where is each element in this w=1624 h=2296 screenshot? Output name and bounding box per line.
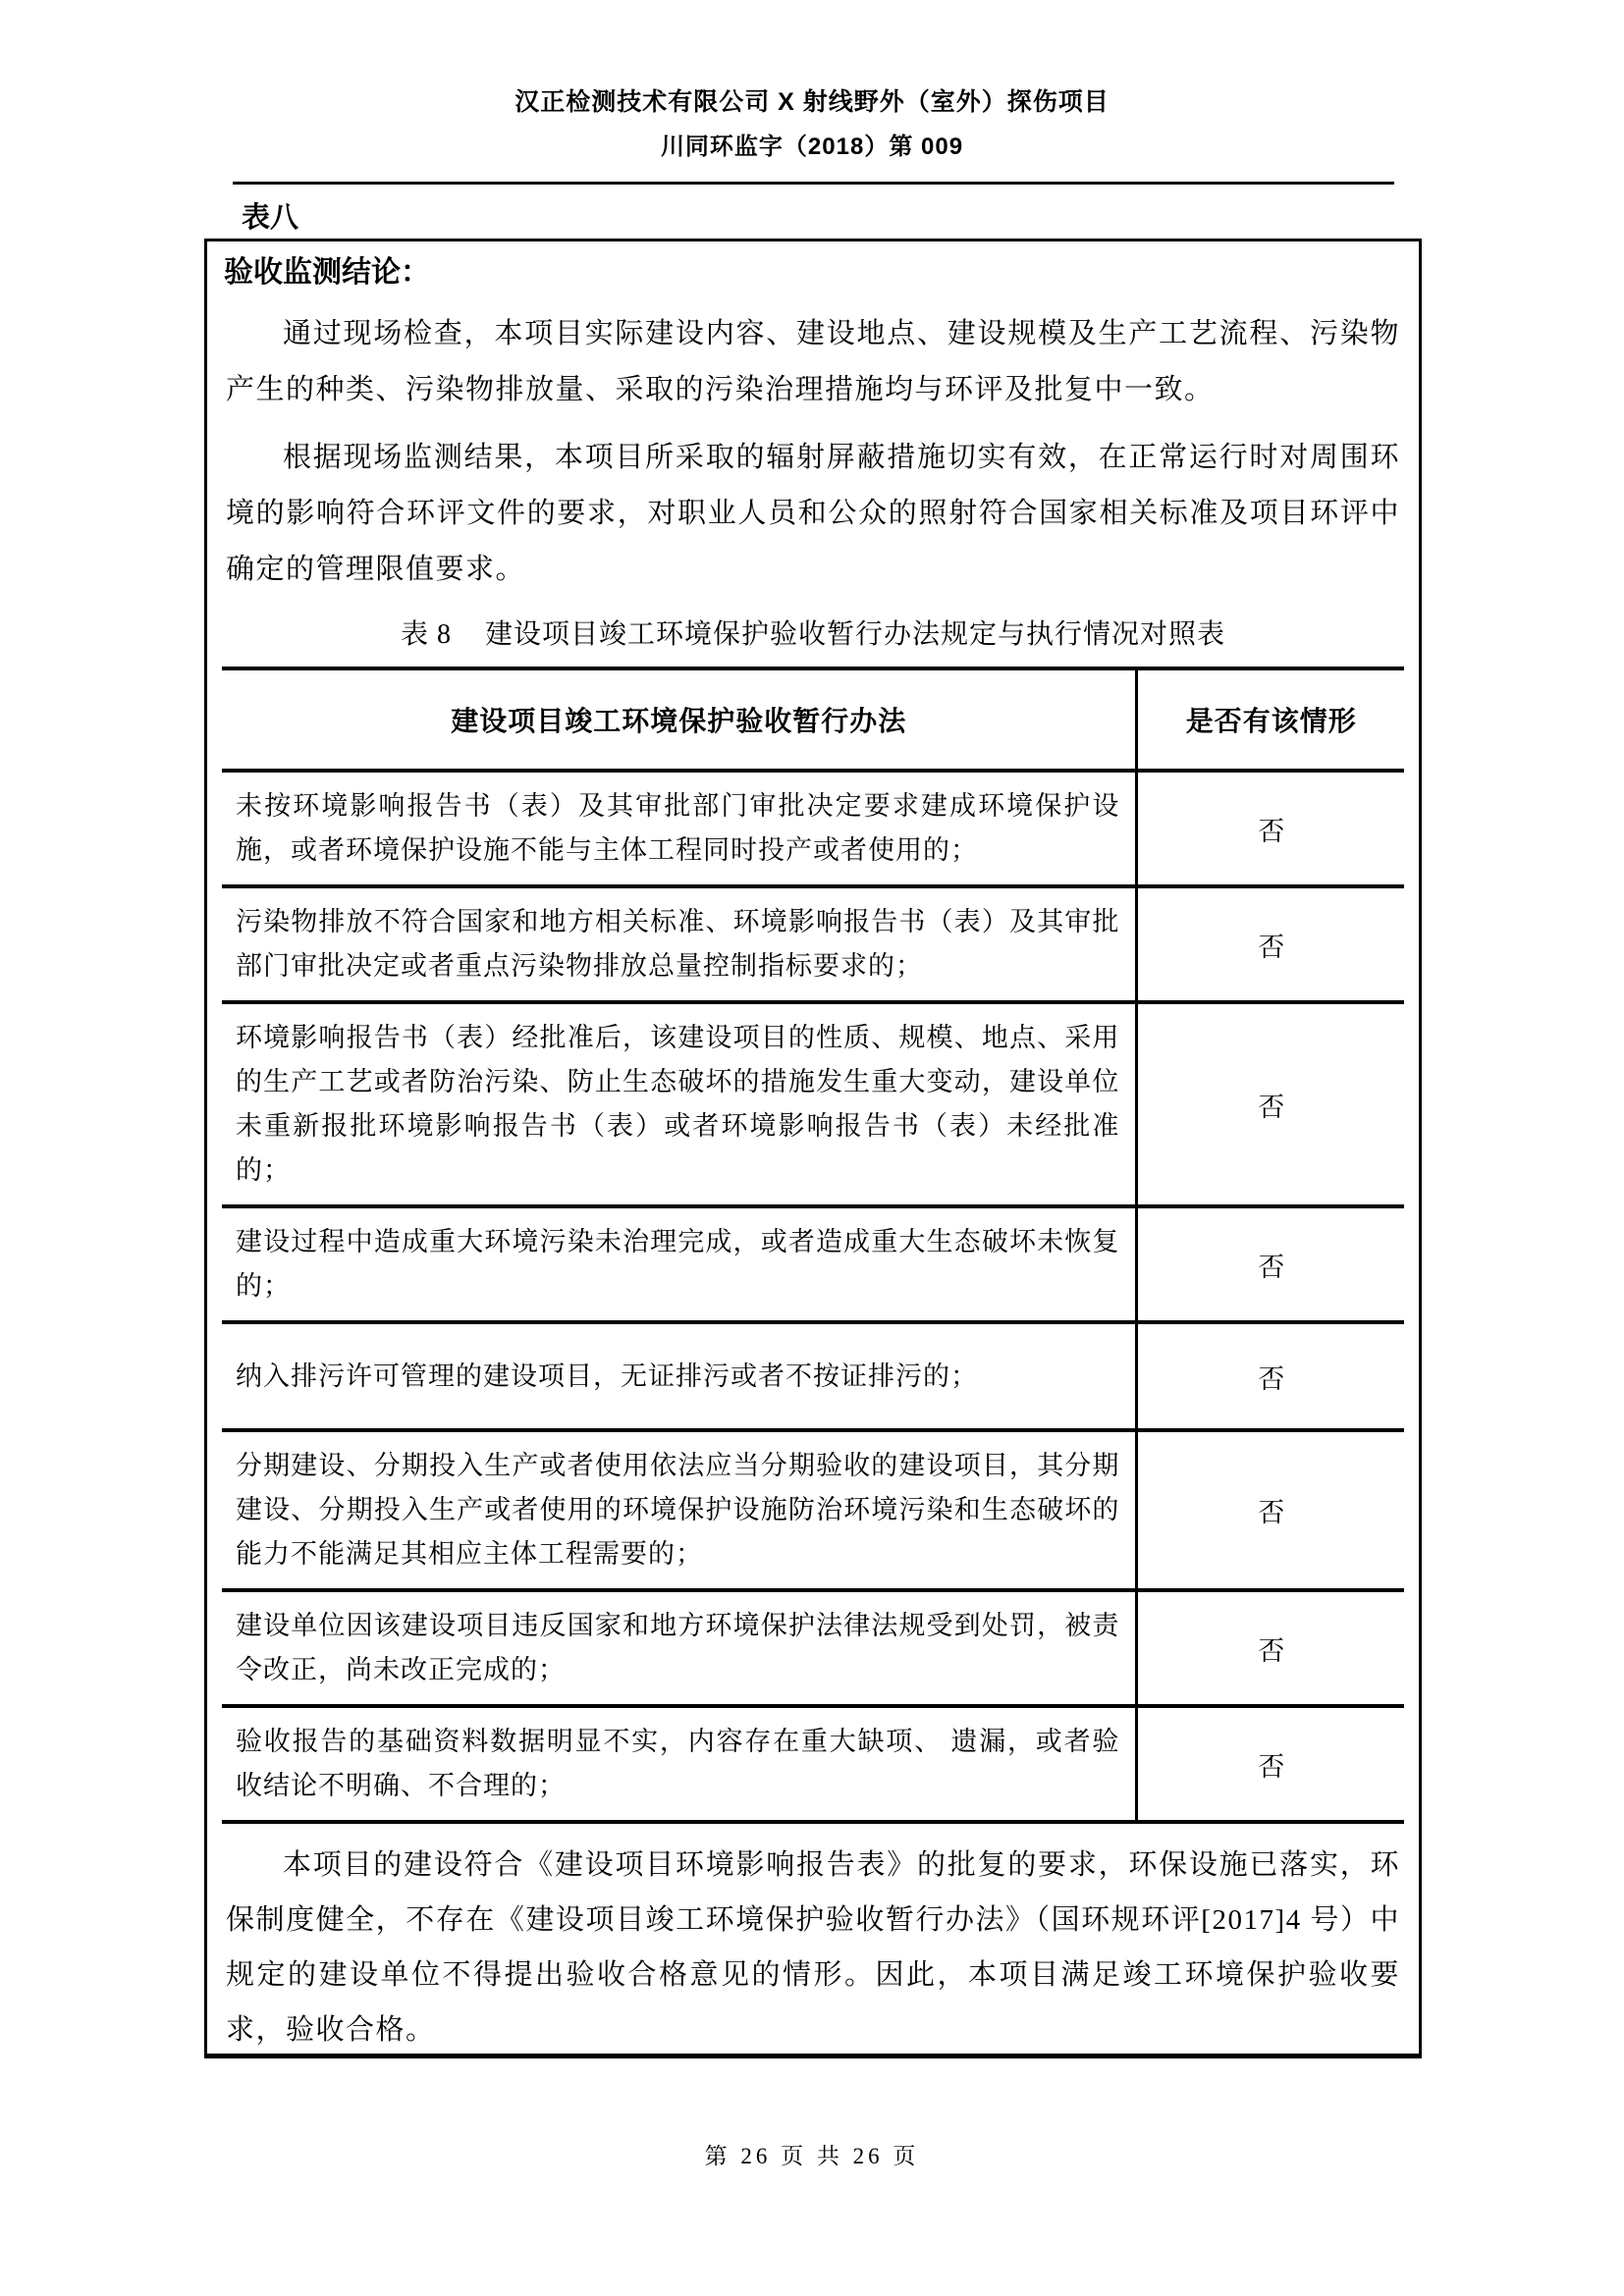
condition-cell: 验收报告的基础资料数据明显不实，内容存在重大缺项、 遗漏，或者验收结论不明确、不… [222, 1706, 1137, 1822]
table-row: 纳入排污许可管理的建设项目，无证排污或者不按证排污的； 否 [222, 1322, 1404, 1430]
final-conclusion-paragraph: 本项目的建设符合《建设项目环境影响报告表》的批复的要求，环保设施已落实，环保制度… [226, 1838, 1400, 2057]
condition-cell: 未按环境影响报告书（表）及其审批部门审批决定要求建成环境保护设施，或者环境保护设… [222, 771, 1137, 886]
answer-cell: 否 [1137, 1430, 1404, 1590]
conclusion-paragraph-2: 根据现场监测结果，本项目所采取的辐射屏蔽措施切实有效，在正常运行时对周围环境的影… [226, 430, 1400, 598]
answer-cell: 否 [1137, 886, 1404, 1002]
table8: 建设项目竣工环境保护验收暂行办法 是否有该情形 未按环境影响报告书（表）及其审批… [222, 667, 1404, 1824]
conclusion-box: 验收监测结论： 通过现场检查，本项目实际建设内容、建设地点、建设规模及生产工艺流… [204, 239, 1422, 2058]
condition-cell: 纳入排污许可管理的建设项目，无证排污或者不按证排污的； [222, 1322, 1137, 1430]
answer-cell: 否 [1137, 1590, 1404, 1706]
answer-cell: 否 [1137, 1206, 1404, 1322]
table8-header-row: 建设项目竣工环境保护验收暂行办法 是否有该情形 [222, 668, 1404, 771]
table-row: 分期建设、分期投入生产或者使用依法应当分期验收的建设项目，其分期建设、分期投入生… [222, 1430, 1404, 1590]
sheet-label: 表八 [242, 195, 298, 236]
condition-cell: 污染物排放不符合国家和地方相关标准、环境影响报告书（表）及其审批部门审批决定或者… [222, 886, 1137, 1002]
page-number-footer: 第 26 页 共 26 页 [0, 2138, 1624, 2170]
conclusion-heading: 验收监测结论： [224, 251, 1404, 294]
table-row: 验收报告的基础资料数据明显不实，内容存在重大缺项、 遗漏，或者验收结论不明确、不… [222, 1706, 1404, 1822]
table8-caption-label: 表 8 [401, 619, 452, 650]
table-row: 污染物排放不符合国家和地方相关标准、环境影响报告书（表）及其审批部门审批决定或者… [222, 886, 1404, 1002]
table8-caption: 表 8建设项目竣工环境保护验收暂行办法规定与执行情况对照表 [222, 614, 1404, 657]
table-row: 建设过程中造成重大环境污染未治理完成，或者造成重大生态破坏未恢复的； 否 [222, 1206, 1404, 1322]
conclusion-paragraph-1: 通过现场检查，本项目实际建设内容、建设地点、建设规模及生产工艺流程、污染物产生的… [226, 306, 1400, 418]
page-header-project-title: 汉正检测技术有限公司 X 射线野外（室外）探伤项目 [0, 82, 1624, 118]
table8-col-header-measures: 建设项目竣工环境保护验收暂行办法 [222, 668, 1137, 771]
answer-cell: 否 [1137, 771, 1404, 886]
table-row: 未按环境影响报告书（表）及其审批部门审批决定要求建成环境保护设施，或者环境保护设… [222, 771, 1404, 886]
table-row: 环境影响报告书（表）经批准后，该建设项目的性质、规模、地点、采用的生产工艺或者防… [222, 1002, 1404, 1206]
table8-caption-title: 建设项目竣工环境保护验收暂行办法规定与执行情况对照表 [485, 619, 1225, 650]
condition-cell: 环境影响报告书（表）经批准后，该建设项目的性质、规模、地点、采用的生产工艺或者防… [222, 1002, 1137, 1206]
answer-cell: 否 [1137, 1706, 1404, 1822]
condition-cell: 建设过程中造成重大环境污染未治理完成，或者造成重大生态破坏未恢复的； [222, 1206, 1137, 1322]
table8-col-header-applies: 是否有该情形 [1137, 668, 1404, 771]
header-divider-rule [233, 182, 1394, 185]
answer-cell: 否 [1137, 1322, 1404, 1430]
table-row: 建设单位因该建设项目违反国家和地方环境保护法律法规受到处罚，被责令改正，尚未改正… [222, 1590, 1404, 1706]
page-header-doc-number: 川同环监字（2018）第 009 [0, 127, 1624, 161]
document-page: 汉正检测技术有限公司 X 射线野外（室外）探伤项目 川同环监字（2018）第 0… [0, 0, 1624, 2296]
answer-cell: 否 [1137, 1002, 1404, 1206]
condition-cell: 建设单位因该建设项目违反国家和地方环境保护法律法规受到处罚，被责令改正，尚未改正… [222, 1590, 1137, 1706]
condition-cell: 分期建设、分期投入生产或者使用依法应当分期验收的建设项目，其分期建设、分期投入生… [222, 1430, 1137, 1590]
